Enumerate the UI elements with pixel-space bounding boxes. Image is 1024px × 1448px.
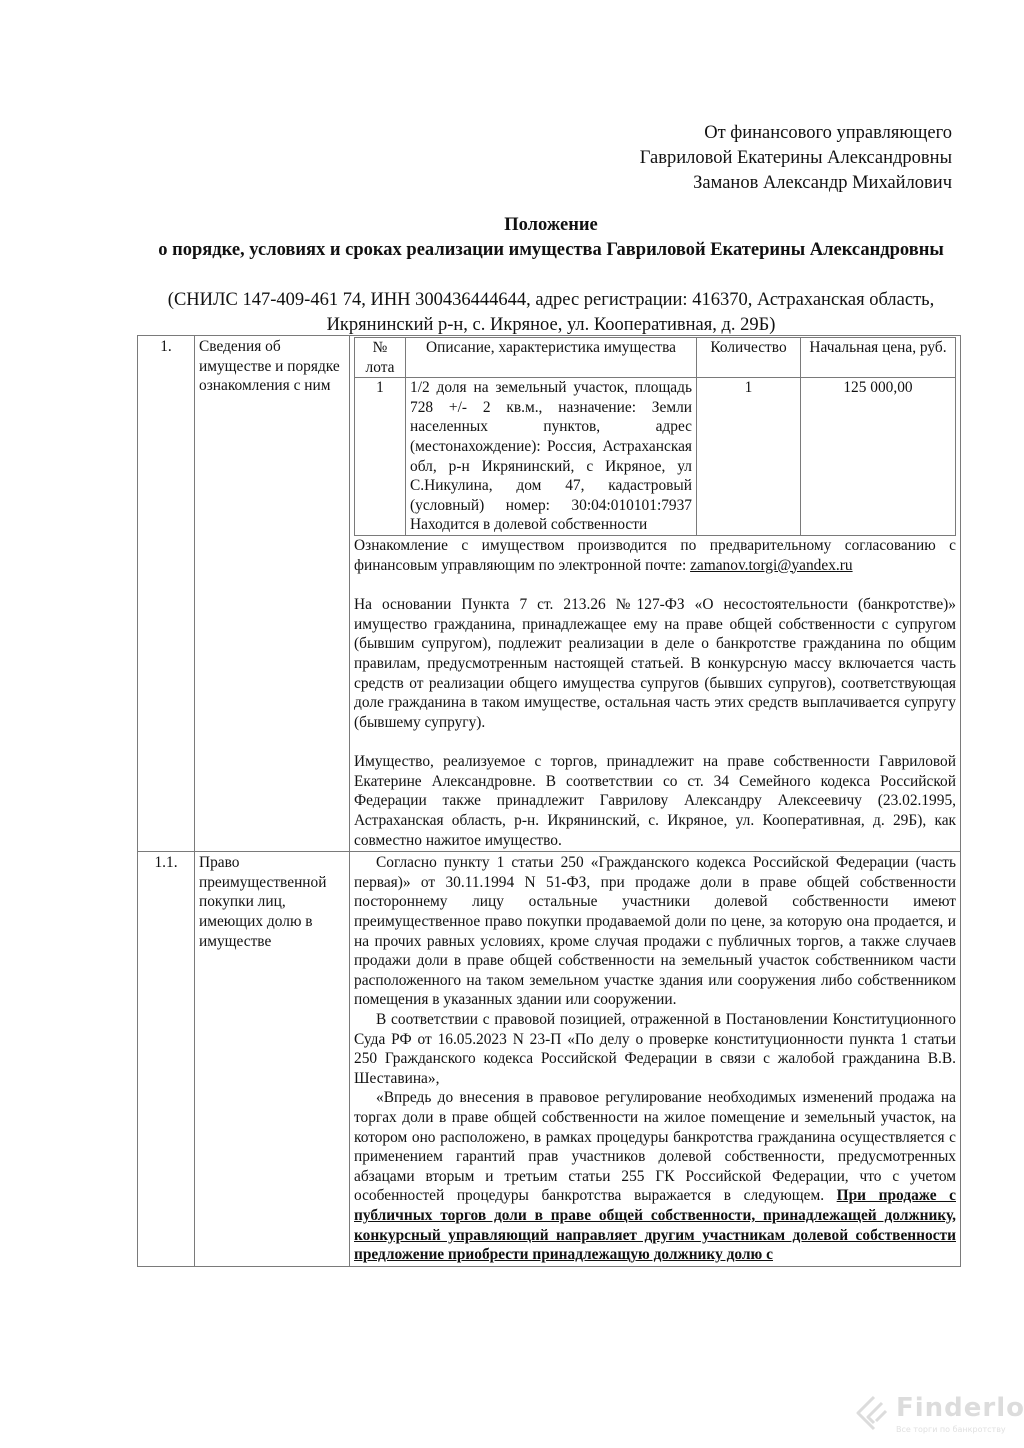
regulation-table: 1. Сведения об имуществе и порядке ознак… [137, 335, 961, 1267]
debtor-details: (СНИЛС 147-409-461 74, ИНН 300436444644,… [136, 288, 966, 338]
title-line-2: о порядке, условиях и сроках реализации … [136, 238, 966, 263]
header-start-price: Начальная цена, руб. [801, 338, 956, 378]
lots-table: № лота Описание, характеристика имуществ… [354, 337, 956, 536]
document-title: Положение о порядке, условиях и сроках р… [136, 213, 966, 263]
section-content: Согласно пункту 1 статьи 250 «Гражданско… [350, 852, 961, 1266]
lot-row: 1 1/2 доля на земельный участок, площадь… [355, 378, 956, 536]
lot-quantity: 1 [697, 378, 801, 536]
section-name: Сведения об имуществе и порядке ознакомл… [195, 336, 350, 852]
spouse-property-paragraph: На основании Пункта 7 ст. 213.26 №127-ФЗ… [354, 595, 956, 732]
section-number: 1.1. [138, 852, 195, 1266]
lots-header-row: № лота Описание, характеристика имуществ… [355, 338, 956, 378]
procedure-paragraph: «Впредь до внесения в правовое регулиров… [354, 1088, 956, 1264]
lot-price: 125 000,00 [801, 378, 956, 536]
civil-code-paragraph: Согласно пункту 1 статьи 250 «Гражданско… [354, 853, 956, 1010]
watermark-brand: Finderlot [896, 1393, 1024, 1423]
table-row: 1. Сведения об имуществе и порядке ознак… [138, 336, 961, 852]
section-name: Право преимущественной покупки лиц, имею… [195, 852, 350, 1266]
header-lot-number: № лота [355, 338, 406, 378]
lot-number: 1 [355, 378, 406, 536]
section-content: № лота Описание, характеристика имуществ… [350, 336, 961, 852]
section-number: 1. [138, 336, 195, 852]
watermark-tagline: Все торги по банкротству [896, 1425, 1006, 1434]
finderlot-logo-icon [852, 1395, 892, 1435]
court-ruling-paragraph: В соответствии с правовой позицией, отра… [354, 1010, 956, 1088]
header-quantity: Количество [697, 338, 801, 378]
lot-description: 1/2 доля на земельный участок, площадь 7… [406, 378, 697, 536]
inspection-text: Ознакомление с имуществом производится п… [354, 537, 956, 574]
table-row: 1.1. Право преимущественной покупки лиц,… [138, 852, 961, 1266]
inspection-paragraph: Ознакомление с имуществом производится п… [354, 536, 956, 575]
header-description: Описание, характеристика имущества [406, 338, 697, 378]
title-line-1: Положение [136, 213, 966, 238]
ownership-paragraph: Имущество, реализуемое с торгов, принадл… [354, 752, 956, 850]
email-link[interactable]: zamanov.torgi@yandex.ru [690, 557, 852, 574]
sender-line: Заманов Александр Михайлович [640, 171, 952, 196]
sender-line: От финансового управляющего [640, 121, 952, 146]
sender-line: Гавриловой Екатерины Александровны [640, 146, 952, 171]
sender-block: От финансового управляющего Гавриловой Е… [640, 121, 952, 196]
